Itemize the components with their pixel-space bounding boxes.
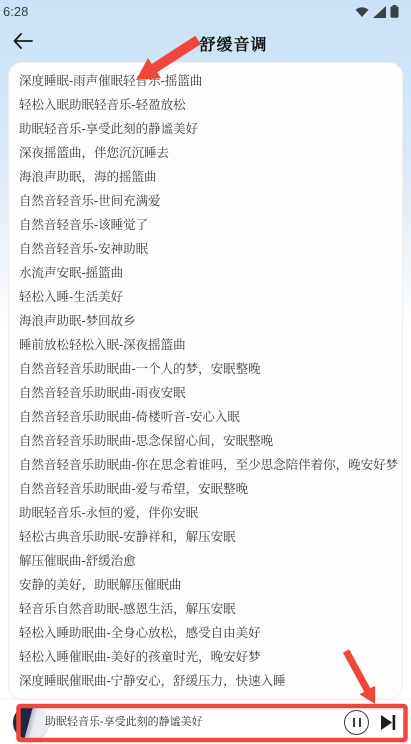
- pause-icon: [359, 718, 361, 727]
- next-track-button[interactable]: [380, 714, 397, 731]
- track-list-item[interactable]: 深度睡眠-雨声催眠轻音乐-摇篮曲: [9, 69, 402, 93]
- track-list-item[interactable]: 轻松入睡助眠曲-全身心放松，感受自由美好: [9, 621, 402, 645]
- track-list-item[interactable]: 轻松入眠助眠轻音乐-轻盈放松: [9, 93, 402, 117]
- wifi-icon: [355, 6, 369, 18]
- track-list-item[interactable]: 安静的美好，助眠解压催眠曲: [9, 573, 402, 597]
- track-list-item[interactable]: 自然音轻音乐助眠曲-倚楼听音-安心入眠: [9, 405, 402, 429]
- page-title: 舒缓音调: [56, 32, 411, 55]
- track-list-item[interactable]: 深夜摇篮曲，伴您沉沉睡去: [9, 141, 402, 165]
- track-list-item[interactable]: 海浪声助眠-梦回故乡: [9, 309, 402, 333]
- skip-next-icon: [380, 718, 397, 735]
- track-list-item[interactable]: 轻松入睡催眠曲-美好的孩童时光，晚安好梦: [9, 645, 402, 669]
- track-list-item[interactable]: 轻松入睡-生活美好: [9, 285, 402, 309]
- track-list-item[interactable]: 自然音轻音乐助眠曲-爱与希望，安眠整晚: [9, 477, 402, 501]
- arrow-left-icon: [13, 33, 33, 54]
- track-list-item[interactable]: 助眠轻音乐-永恒的爱，伴你安眠: [9, 501, 402, 525]
- track-list-item[interactable]: 自然音轻音乐-该睡觉了: [9, 213, 402, 237]
- track-list-item[interactable]: 睡前放松轻松入眠-深夜摇篮曲: [9, 333, 402, 357]
- track-list-item[interactable]: 自然音轻音乐助眠曲-你在思念着谁吗，至少思念陪伴着你，晚安好梦: [9, 453, 402, 477]
- album-art: [13, 705, 48, 740]
- track-list-item[interactable]: 轻音乐自然音助眠-感恩生活，解压安眠: [9, 597, 402, 621]
- pause-icon: [353, 718, 355, 727]
- track-list-item[interactable]: 自然音轻音乐助眠曲-雨夜安眠: [9, 381, 402, 405]
- cellular-signal-icon: [373, 6, 386, 18]
- back-button[interactable]: [10, 30, 36, 56]
- track-list-item[interactable]: 深度睡眠催眠曲-宁静安心，舒缓压力，快速入睡: [9, 669, 402, 693]
- app-header: 舒缓音调: [0, 24, 411, 62]
- now-playing-title: 助眠轻音乐-享受此刻的静谧美好: [45, 700, 203, 744]
- status-bar: 6:28: [0, 0, 411, 24]
- track-list-item[interactable]: 自然音轻音乐助眠曲-思念保留心间，安眠整晚: [9, 429, 402, 453]
- clock-time: 6:28: [3, 4, 28, 19]
- track-list-item[interactable]: 水流声安眠-摇篮曲: [9, 261, 402, 285]
- track-list-item[interactable]: 自然音轻音乐-世间充满爱: [9, 189, 402, 213]
- track-list-item[interactable]: 自然音轻音乐-安神助眠: [9, 237, 402, 261]
- track-list-card: 深度睡眠-雨声催眠轻音乐-摇篮曲 轻松入眠助眠轻音乐-轻盈放松 助眠轻音乐-享受…: [8, 62, 403, 700]
- pause-button[interactable]: [344, 710, 369, 735]
- track-list-item[interactable]: 自然音轻音乐助眠曲-一个人的梦，安眠整晚: [9, 357, 402, 381]
- track-list-item[interactable]: 海浪声助眠，海的摇篮曲: [9, 165, 402, 189]
- track-list-item[interactable]: 轻松古典音乐助眠-安静祥和，解压安眠: [9, 525, 402, 549]
- track-list-item[interactable]: 助眠轻音乐-享受此刻的静谧美好: [9, 117, 402, 141]
- battery-icon: [390, 5, 399, 18]
- track-list-item[interactable]: 解压催眠曲-舒缓治愈: [9, 549, 402, 573]
